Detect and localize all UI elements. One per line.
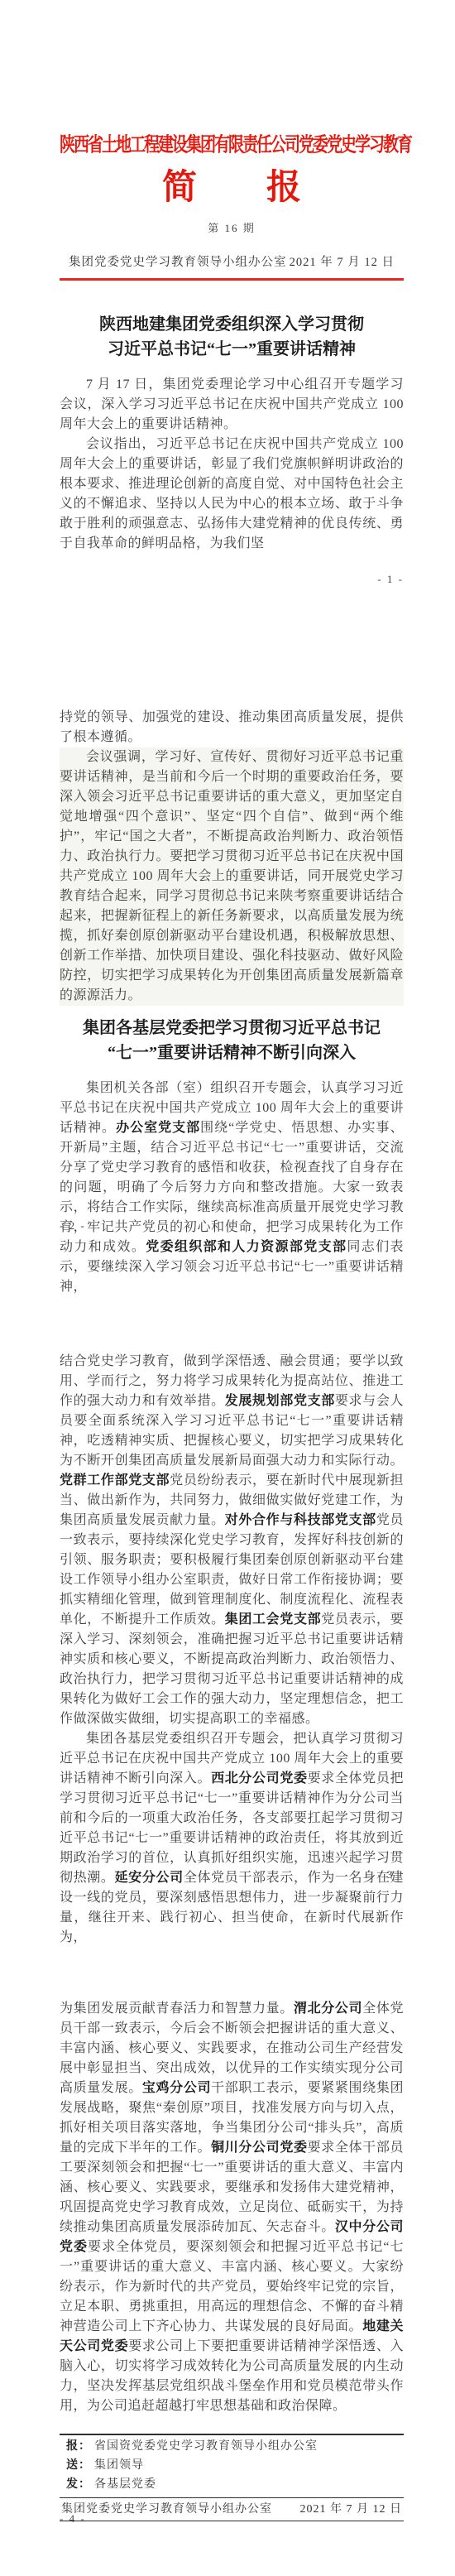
paragraph: 会议指出，习近平总书记在庆祝中国共产党成立 100 周年大会上的重要讲话，彰显了… [60,435,404,554]
bulletin-document: 陕西省土地工程建设集团有限责任公司党委党史学习教育 简 报 第 16 期 集团党… [0,0,455,2576]
footer-report-row: 报：省国资党委党史学习教育领导小组办公室 [60,2435,404,2454]
paragraph-continuation: 持党的领导、加强党的建设、推动集团高质量发展，提供了根本遵循。 [60,708,404,747]
footer-send-row: 送：集团领导 [60,2454,404,2473]
paragraph: 集团各基层党委组织召开专题会，把认真学习贯彻习近平总书记在庆祝中国共产党成立 1… [60,1729,404,1948]
paragraph: 集团机关各部（室）组织召开专题会，认真学习习近平总书记在庆祝中国共产党成立 10… [60,1079,404,1297]
masthead-issuer: 集团党委党史学习教育领导小组办公室 [69,254,287,271]
page-3: 结合党史学习教育，做到学深悟透、融会贯通；要学以致用、学而行之，努力将学习成果转… [0,1352,455,1999]
article2-title: 集团各基层党委把学习贯彻习近平总书记 “七一”重要讲话精神不断引向深入 [60,1016,404,1065]
masthead-date: 2021 年 7 月 12 日 [290,254,395,271]
page-1: 陕西省土地工程建设集团有限责任公司党委党史学习教育 简 报 第 16 期 集团党… [0,0,455,708]
paragraph-continuation: 结合党史学习教育，做到学深悟透、融会贯通；要学以致用、学而行之，努力将学习成果转… [60,1352,404,1729]
page-number-2: - 2 - [60,1219,86,1233]
article2-title-line1: 集团各基层党委把学习贯彻习近平总书记 [60,1016,404,1040]
article1-title-line1: 陕西地建集团党委组织深入学习贯彻 [60,312,404,337]
article1-title-line2: 习近平总书记“七一”重要讲话精神 [60,337,404,362]
article1-title: 陕西地建集团党委组织深入学习贯彻 习近平总书记“七一”重要讲话精神 [60,312,404,362]
page-2: 持党的领导、加强党的建设、推动集团高质量发展，提供了根本遵循。 会议强调，学习好… [0,708,455,1352]
article2-title-line2: “七一”重要讲话精神不断引向深入 [60,1040,404,1065]
masthead-org-title: 陕西省土地工程建设集团有限责任公司党委党史学习教育 [60,132,404,160]
footer-issue-to: 各基层党委 [94,2478,156,2491]
page-4: 为集团发展贡献青春活力和智慧力量。渭北分公司全体党员干部一致表示，今后会不断领会… [0,1999,455,2576]
page-number-1: - 1 - [377,573,404,586]
paragraph: 7 月 17 日，集团党委理论学习中心组召开专题学习会议，深入学习习近平总书记在… [60,375,404,435]
distribution-footer: 报：省国资党委党史学习教育领导小组办公室 送：集团领导 发：各基层党委 集团党委… [60,2434,404,2521]
page-number-3: - 3 - [377,1868,404,1882]
footer-date: 2021 年 7 月 12 日 [300,2502,403,2517]
masthead-issuer-row: 集团党委党史学习教育领导小组办公室 2021 年 7 月 12 日 [60,254,404,271]
paragraph-continuation: 为集团发展贡献青春活力和智慧力量。渭北分公司全体党员干部一致表示，今后会不断领会… [60,1999,404,2416]
footer-issue-row: 发：各基层党委 [60,2473,404,2492]
footer-report-label: 报： [66,2440,91,2453]
footer-send-label: 送： [66,2459,91,2472]
issue-number: 第 16 期 [60,221,404,236]
masthead-divider-rule [60,278,404,281]
bulletin-title: 简 报 [60,168,404,208]
paragraph-highlighted: 会议强调，学习好、宣传好、贯彻好习近平总书记重要讲话精神，是当前和今后一个时期的… [60,747,404,1006]
page-number-4: - 4 - [60,2512,86,2526]
footer-report-to: 省国资党委党史学习教育领导小组办公室 [94,2440,318,2453]
footer-issue-label: 发： [66,2478,91,2491]
footer-issuer: 集团党委党史学习教育领导小组办公室 [61,2502,272,2517]
footer-send-to: 集团领导 [94,2459,144,2472]
footer-issuer-row: 集团党委党史学习教育领导小组办公室 2021 年 7 月 12 日 [60,2497,404,2521]
